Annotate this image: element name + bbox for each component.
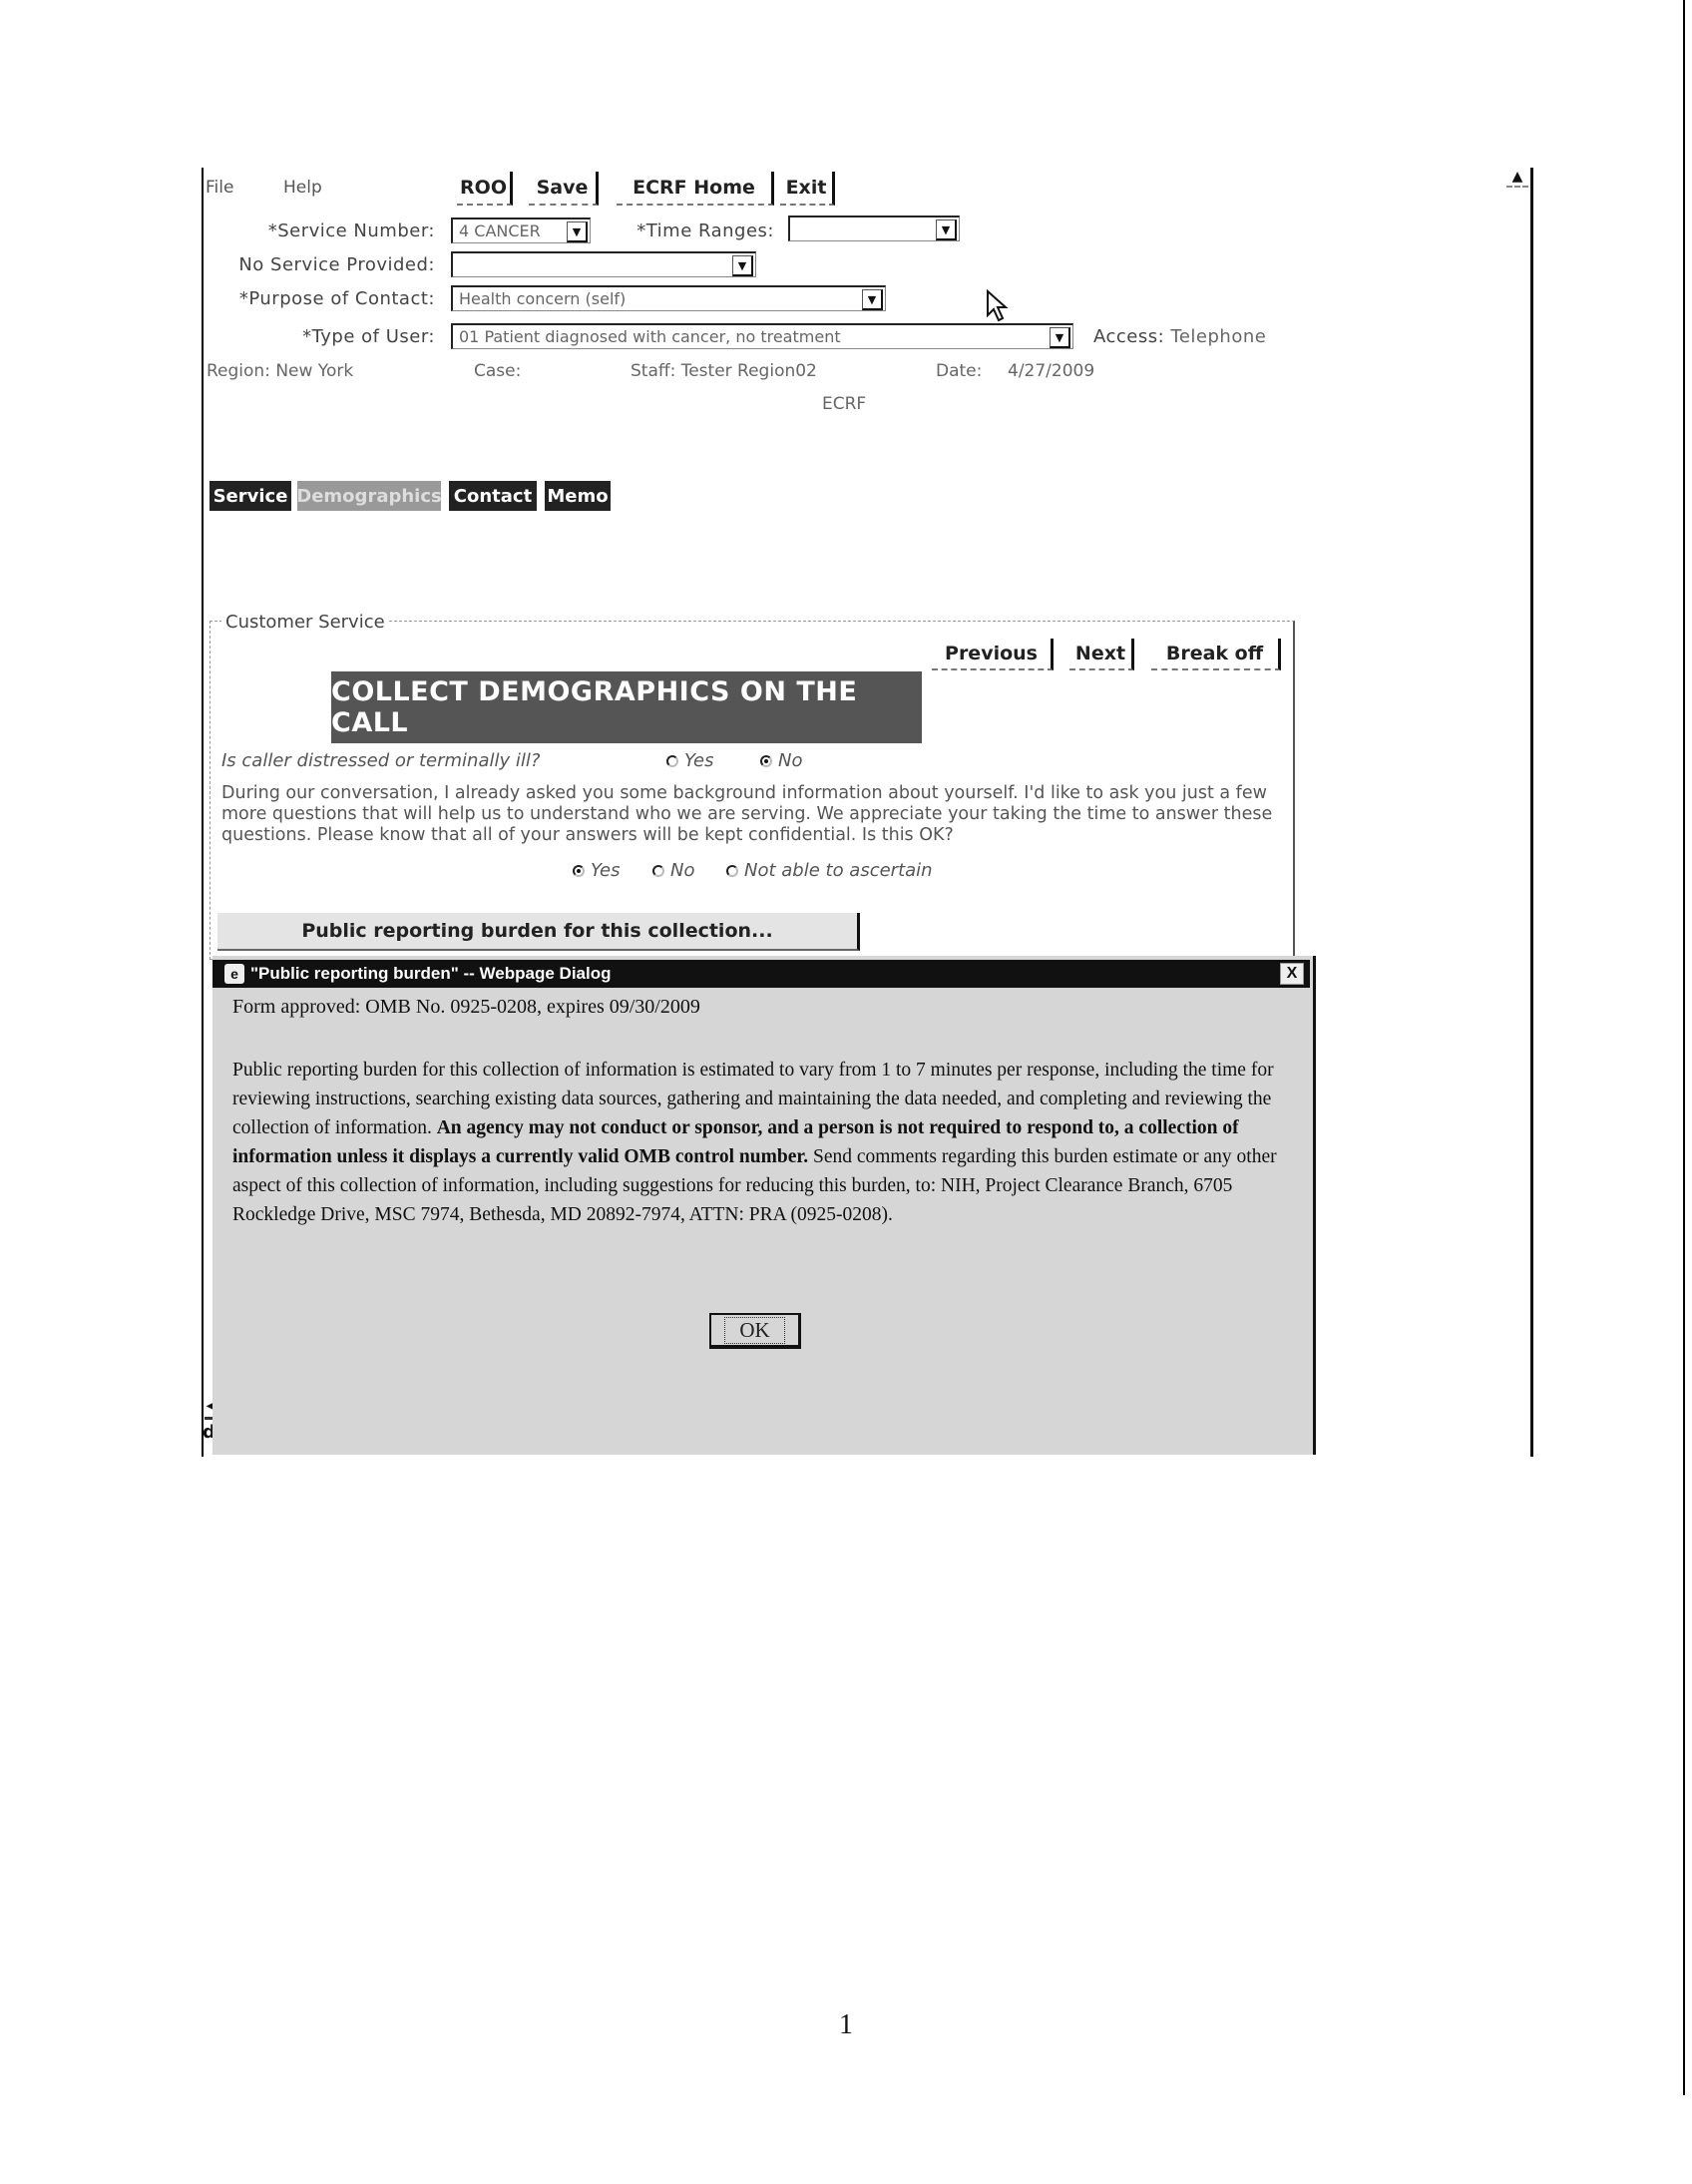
distressed-yes-radio[interactable]: Yes [666,750,713,771]
type-of-user-value: 01 Patient diagnosed with cancer, no tre… [459,327,841,346]
consent-paragraph: During our conversation, I already asked… [221,783,1279,846]
staff-info: Staff: Tester Region02 [631,361,817,381]
service-number-value: 4 CANCER [459,221,541,240]
scroll-up-arrow-icon[interactable]: ▲ [1506,168,1528,188]
radio-icon [666,755,678,767]
vertical-scrollbar[interactable] [1518,168,1533,1457]
purpose-select[interactable]: Health concern (self) ▼ [451,285,886,311]
time-ranges-select[interactable]: ▼ [788,216,960,241]
radio-selected-icon [573,865,585,877]
region-info: Region: New York [207,361,353,381]
app-frame-left [202,168,204,1457]
roo-button[interactable]: ROO [457,172,513,206]
chevron-down-icon[interactable]: ▼ [567,221,588,242]
mouse-cursor-icon [986,289,1010,323]
access-value: Telephone [1170,326,1266,347]
section-banner: COLLECT DEMOGRAPHICS ON THE CALL [331,671,922,743]
consent-yes-radio[interactable]: Yes [573,860,620,881]
next-button[interactable]: Next [1069,639,1134,670]
type-of-user-select[interactable]: 01 Patient diagnosed with cancer, no tre… [451,323,1073,349]
dialog-titlebar[interactable]: e "Public reporting burden" -- Webpage D… [212,960,1310,988]
purpose-value: Health concern (self) [459,289,626,308]
tab-contact[interactable]: Contact [449,481,537,511]
radio-icon [652,865,664,877]
radio-label: Not able to ascertain [744,860,933,881]
tab-demographics[interactable]: Demographics [297,481,441,511]
chevron-down-icon[interactable]: ▼ [862,289,883,310]
time-ranges-label: *Time Ranges: [611,220,774,241]
consent-not-able-radio[interactable]: Not able to ascertain [726,860,933,881]
ok-label: OK [724,1317,784,1344]
ie-page-icon: e [224,964,244,984]
date-label: Date: [936,361,982,381]
date-value: 4/27/2009 [1008,361,1094,381]
distressed-question: Is caller distressed or terminally ill? [221,750,540,771]
radio-icon [726,865,738,877]
purpose-label: *Purpose of Contact: [200,288,435,309]
radio-label: No [670,860,694,881]
tab-memo[interactable]: Memo [545,481,611,511]
menu-file[interactable]: File [206,178,233,198]
chevron-down-icon[interactable]: ▼ [732,255,753,276]
ecrf-home-button[interactable]: ECRF Home [617,172,774,206]
page-number: 1 [0,2009,1692,2041]
service-number-label: *Service Number: [200,220,435,241]
access-label-text: Access: [1093,326,1164,347]
close-icon[interactable]: X [1280,963,1304,985]
menu-help[interactable]: Help [283,178,322,198]
chevron-down-icon[interactable]: ▼ [1050,327,1070,348]
radio-label: Yes [591,860,620,881]
radio-selected-icon [760,755,772,767]
access-label: Access: Telephone [1093,326,1266,347]
system-label: ECRF [822,394,866,414]
service-number-select[interactable]: 4 CANCER ▼ [451,218,591,243]
radio-label: Yes [684,750,713,771]
burden-statement: Public reporting burden for this collect… [232,1056,1300,1229]
chevron-down-icon[interactable]: ▼ [936,219,957,240]
exit-button[interactable]: Exit [780,172,835,206]
break-off-button[interactable]: Break off [1151,639,1281,670]
fieldset-legend: Customer Service [221,612,389,633]
no-service-select[interactable]: ▼ [451,251,756,277]
save-button[interactable]: Save [529,172,599,206]
webpage-dialog: e "Public reporting burden" -- Webpage D… [212,956,1316,1455]
no-service-label: No Service Provided: [200,254,435,275]
distressed-no-radio[interactable]: No [760,750,802,771]
page-edge [1683,0,1685,2095]
radio-label: No [778,750,802,771]
case-info: Case: [474,361,521,381]
public-burden-button[interactable]: Public reporting burden for this collect… [217,913,860,951]
consent-no-radio[interactable]: No [652,860,694,881]
form-approved-text: Form approved: OMB No. 0925-0208, expire… [232,996,700,1019]
tab-service[interactable]: Service [210,481,291,511]
previous-button[interactable]: Previous [932,639,1054,670]
dialog-title: "Public reporting burden" -- Webpage Dia… [250,964,611,984]
type-of-user-label: *Type of User: [200,326,435,347]
ok-button[interactable]: OK [709,1313,801,1349]
